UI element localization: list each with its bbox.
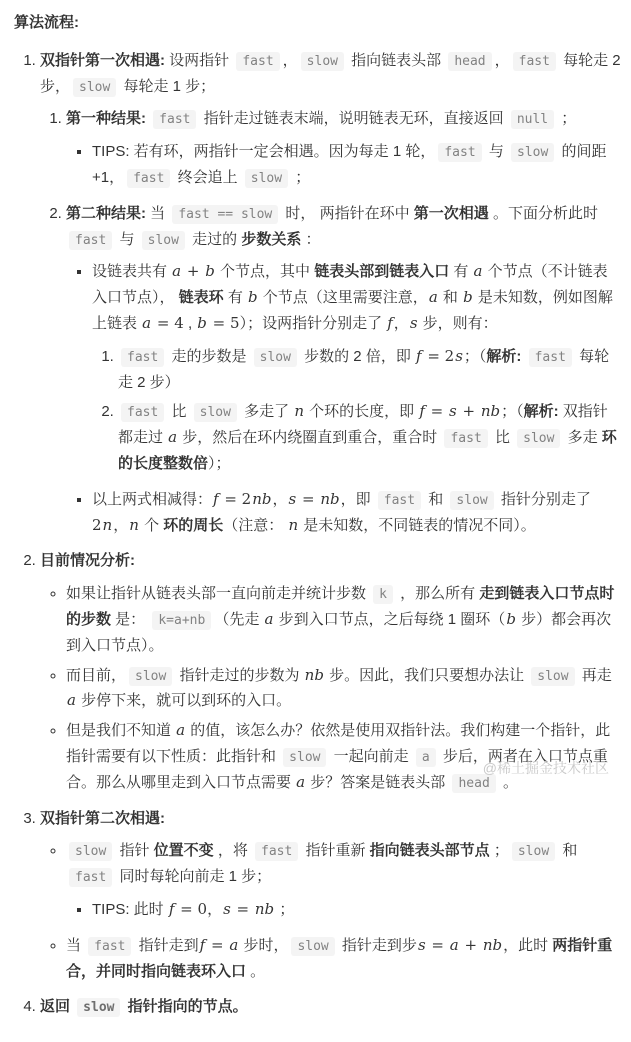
inline-code: slow [283, 748, 326, 767]
plain-text: 比 [167, 403, 190, 420]
plain-text: 走的步数是 [167, 348, 250, 365]
plain-text: 多走了 [240, 403, 293, 420]
inline-code: slow [73, 78, 116, 97]
section-heading: 算法流程: [14, 10, 621, 36]
plain-text: 步停下来，就可以到环的入口。 [77, 692, 291, 709]
bold-text: 链表环 [179, 289, 224, 306]
plain-text: 多走 [563, 429, 601, 446]
bold-text: 第一种结果: [66, 110, 146, 127]
inline-code: fast [121, 403, 164, 422]
bold-text: 双指针第一次相遇: [40, 52, 165, 69]
plain-text: 。 [499, 774, 518, 791]
plain-text: 个 [140, 517, 163, 534]
plain-text: 步。因此，我们只要想办法让 [325, 667, 528, 684]
inline-code: slow [142, 231, 185, 250]
plain-text: （先走 [214, 611, 263, 628]
plain-text: 设两指针 [165, 52, 233, 69]
plain-text: （注意： [223, 517, 287, 534]
inline-code: slow [511, 143, 554, 162]
plain-text: 步数的 2 倍，即 [300, 348, 415, 365]
document-body: 双指针第一次相遇: 设两指针 fast，slow 指向链表头部 head，fas… [14, 48, 621, 1020]
list-item: TIPS: 若有环，两指针一定会相遇。因为每走 1 轮，fast 与 slow … [92, 139, 621, 191]
bold-text: 目前情况分析: [40, 552, 135, 569]
plain-text: ； [291, 169, 310, 186]
plain-text: ， [113, 517, 128, 534]
plain-text: 终会追上 [173, 169, 241, 186]
list-item: TIPS: 此时 f = 0，s = nb ； [92, 897, 621, 923]
inline-code: slow [450, 491, 493, 510]
plain-text: 与 [485, 143, 508, 160]
plain-text: 指向链表头部 [347, 52, 445, 69]
article-page: 算法流程: 双指针第一次相遇: 设两指针 fast，slow 指向链表头部 he… [0, 0, 631, 1042]
bold-text: 第一次相遇 [414, 205, 489, 222]
ordered-list: 第一种结果: fast 指针走过链表末端，说明链表无环，直接返回 null ；T… [40, 106, 621, 538]
math-expression: a [66, 691, 77, 709]
plain-text: 是未知数，不同链表的情况不同）。 [299, 517, 536, 534]
list-item: 而目前，slow 指针走过的步数为 nb 步。因此，我们只要想办法让 slow … [66, 663, 621, 715]
bullet-list: TIPS: 若有环，两指针一定会相遇。因为每走 1 轮，fast 与 slow … [66, 139, 621, 191]
plain-text: 有 [449, 263, 472, 280]
plain-text: 步到入口节点，之后每绕 1 圈环（ [274, 611, 505, 628]
plain-text: TIPS: 此时 [92, 901, 168, 918]
plain-text: ， [283, 52, 298, 69]
inline-code: a [416, 748, 436, 767]
inline-code: fast [127, 169, 170, 188]
plain-text: 和 [424, 491, 447, 508]
plain-text: 指针走到 [134, 937, 198, 954]
plain-text: 当 [66, 937, 85, 954]
list-item: 第二种结果: 当 fast == slow 时， 两指针在环中 第一次相遇 。下… [66, 201, 621, 539]
math-expression: s [409, 314, 419, 332]
plain-text: ； [275, 901, 294, 918]
inline-code: fast [529, 348, 572, 367]
plain-text: 与 [115, 231, 138, 248]
plain-text: 当 [146, 205, 169, 222]
math-expression: 2n [92, 516, 113, 534]
plain-text: ，那么所有 [396, 585, 479, 602]
list-item: 双指针第二次相遇:slow 指针 位置不变 ，将 fast 指针重新 指向链表头… [40, 806, 621, 985]
math-expression: a [473, 262, 484, 280]
plain-text: ， [394, 315, 409, 332]
inline-code: slow [291, 937, 334, 956]
bold-text: 位置不变 [154, 842, 214, 859]
plain-text: 时， 两指针在环中 [281, 205, 414, 222]
inline-code: fast [513, 52, 556, 71]
plain-text: 比 [491, 429, 514, 446]
bold-text: 指向链表头部节点 [370, 842, 490, 859]
bold-text: 步数关系 [241, 231, 301, 248]
inline-code: slow [531, 667, 574, 686]
inline-code: fast [255, 842, 298, 861]
list-item: 当 fast 指针走到f = a 步时，slow 指针走到步s = a + nb… [66, 933, 621, 985]
plain-text: 再走 [578, 667, 612, 684]
list-item: 第一种结果: fast 指针走过链表末端，说明链表无环，直接返回 null ；T… [66, 106, 621, 190]
math-expression: f = 2s [415, 347, 464, 365]
math-expression: b [247, 288, 259, 306]
plain-text: 每轮走 1 步； [119, 78, 215, 95]
inline-code: slow [69, 842, 112, 861]
math-expression: s = a + nb [417, 936, 503, 954]
plain-text: ； [557, 110, 576, 127]
inline-code: slow [77, 998, 120, 1017]
inline-code: k [373, 585, 393, 604]
math-expression: a [264, 610, 275, 628]
math-expression: a [295, 773, 306, 791]
inline-code: k=a+nb [152, 611, 211, 630]
list-item: 设链表共有 a + b 个节点，其中 链表头部到链表入口 有 a 个节点（不计链… [92, 259, 621, 476]
plain-text: 走过的 [188, 231, 241, 248]
math-expression: a = 4 [141, 314, 184, 332]
plain-text: ： [301, 231, 320, 248]
plain-text: , [184, 315, 197, 332]
inline-code: fast [438, 143, 481, 162]
math-expression: b [505, 610, 517, 628]
math-expression: n [293, 402, 305, 420]
math-expression: b [462, 288, 474, 306]
list-item: 双指针第一次相遇: 设两指针 fast，slow 指向链表头部 head，fas… [40, 48, 621, 539]
bullet-list: TIPS: 此时 f = 0，s = nb ； [66, 897, 621, 923]
plain-text: 个环的长度，即 [305, 403, 418, 420]
inline-code: slow [254, 348, 297, 367]
plain-text: 。 [246, 963, 265, 980]
list-item: fast 走的步数是 slow 步数的 2 倍，即 f = 2s；（解析: fa… [118, 344, 621, 396]
plain-text: 和 [439, 289, 462, 306]
math-expression: a [175, 721, 186, 739]
plain-text: 但是我们不知道 [66, 722, 175, 739]
inline-code: fast [69, 868, 112, 887]
bold-text: 双指针第二次相遇: [40, 810, 165, 827]
math-expression: s = nb [288, 490, 341, 508]
list-item: 目前情况分析:如果让指针从链表头部一直向前走并统计步数 k ，那么所有 走到链表… [40, 548, 621, 795]
bold-text: 解析: [486, 348, 521, 365]
bold-text: 第二种结果: [66, 205, 146, 222]
math-expression: n [287, 516, 299, 534]
plain-text: 同时每轮向前走 1 步； [115, 868, 271, 885]
bold-text: 指针指向的节点。 [123, 998, 247, 1015]
plain-text: ；（ [501, 403, 524, 420]
math-expression: a [428, 288, 439, 306]
plain-text: 指针重新 [301, 842, 369, 859]
plain-text [146, 110, 150, 127]
plain-text: TIPS: 若有环，两指针一定会相遇。因为每走 1 轮， [92, 143, 435, 160]
math-expression: f = 2nb [212, 490, 272, 508]
inline-code: fast [153, 110, 196, 129]
plain-text: 设链表共有 [92, 263, 171, 280]
plain-text: 以上两式相减得： [92, 491, 212, 508]
math-expression: f = a [199, 936, 240, 954]
inline-code: head [448, 52, 491, 71]
inline-code: fast [444, 429, 487, 448]
plain-text: 指针 [115, 842, 153, 859]
bold-text: 解析: [524, 403, 559, 420]
plain-text: 步，然后在环内绕圈直到重合，重合时 [178, 429, 441, 446]
plain-text: 个节点，其中 [216, 263, 314, 280]
plain-text: 有 [224, 289, 247, 306]
list-item: 返回 slow 指针指向的节点。 [40, 994, 621, 1020]
plain-text: 指针走过链表末端，说明链表无环，直接返回 [199, 110, 507, 127]
plain-text: ，即 [341, 491, 375, 508]
plain-text: 如果让指针从链表头部一直向前走并统计步数 [66, 585, 370, 602]
plain-text: ； [490, 842, 509, 859]
bullet-list: slow 指针 位置不变 ，将 fast 指针重新 指向链表头部节点 ；slow… [40, 838, 621, 984]
plain-text: ， [495, 52, 510, 69]
plain-text: 指针走过的步数为 [175, 667, 303, 684]
inline-code: head [452, 774, 495, 793]
inline-code: fast == slow [172, 205, 278, 224]
inline-code: fast [378, 491, 421, 510]
plain-text: 和 [558, 842, 577, 859]
list-item: slow 指针 位置不变 ，将 fast 指针重新 指向链表头部节点 ；slow… [66, 838, 621, 922]
math-expression: f = 0 [168, 900, 207, 918]
math-expression: b = 5 [196, 314, 239, 332]
bold-text: 返回 [40, 998, 74, 1015]
ordered-list: fast 走的步数是 slow 步数的 2 倍，即 f = 2s；（解析: fa… [92, 344, 621, 477]
inline-code: fast [121, 348, 164, 367]
plain-text: 指针走到步 [338, 937, 417, 954]
plain-text: ）；设两指针分别走了 [240, 315, 387, 332]
plain-text [521, 348, 525, 365]
list-item: 但是我们不知道 a 的值，该怎么办？依然是使用双指针法。我们构建一个指针，此指针… [66, 718, 621, 795]
plain-text: 步，则有： [419, 315, 498, 332]
inline-code: slow [512, 842, 555, 861]
plain-text: 一起向前走 [329, 748, 412, 765]
plain-text: ）； [208, 455, 231, 472]
inline-code: fast [88, 937, 131, 956]
inline-code: slow [301, 52, 344, 71]
math-expression: n [128, 516, 140, 534]
plain-text: 指针分别走了 [497, 491, 591, 508]
list-item: 如果让指针从链表头部一直向前走并统计步数 k ，那么所有 走到链表入口节点时的步… [66, 581, 621, 658]
list-item: fast 比 slow 多走了 n 个环的长度，即 f = s + nb；（解析… [118, 399, 621, 476]
bullet-list: 如果让指针从链表头部一直向前走并统计步数 k ，那么所有 走到链表入口节点时的步… [40, 581, 621, 795]
plain-text: ，将 [214, 842, 252, 859]
inline-code: null [511, 110, 554, 129]
plain-text: 而目前， [66, 667, 126, 684]
plain-text: 。下面分析此时 [489, 205, 598, 222]
inline-code: slow [245, 169, 288, 188]
bold-text: 环的周长 [163, 517, 223, 534]
list-item: 以上两式相减得：f = 2nb，s = nb，即 fast 和 slow 指针分… [92, 487, 621, 539]
inline-code: slow [129, 667, 172, 686]
math-expression: s = nb [222, 900, 275, 918]
plain-text: 个节点（这里需要注意， [259, 289, 428, 306]
plain-text: 是： [111, 611, 149, 628]
math-expression: f [386, 314, 394, 332]
plain-text: ， [273, 491, 288, 508]
plain-text: ，此时 [503, 937, 552, 954]
plain-text: ， [207, 901, 222, 918]
inline-code: slow [194, 403, 237, 422]
math-expression: a [167, 428, 178, 446]
bullet-list: 设链表共有 a + b 个节点，其中 链表头部到链表入口 有 a 个节点（不计链… [66, 259, 621, 538]
inline-code: fast [236, 52, 279, 71]
ordered-list: 双指针第一次相遇: 设两指针 fast，slow 指向链表头部 head，fas… [14, 48, 621, 1020]
math-expression: a + b [171, 262, 216, 280]
plain-text: ；（ [464, 348, 487, 365]
plain-text: 步？答案是链表头部 [306, 774, 449, 791]
math-expression: f = s + nb [418, 402, 501, 420]
inline-code: slow [517, 429, 560, 448]
inline-code: fast [69, 231, 112, 250]
math-expression: nb [304, 666, 325, 684]
plain-text: 步时， [239, 937, 288, 954]
bold-text: 链表头部到链表入口 [314, 263, 449, 280]
